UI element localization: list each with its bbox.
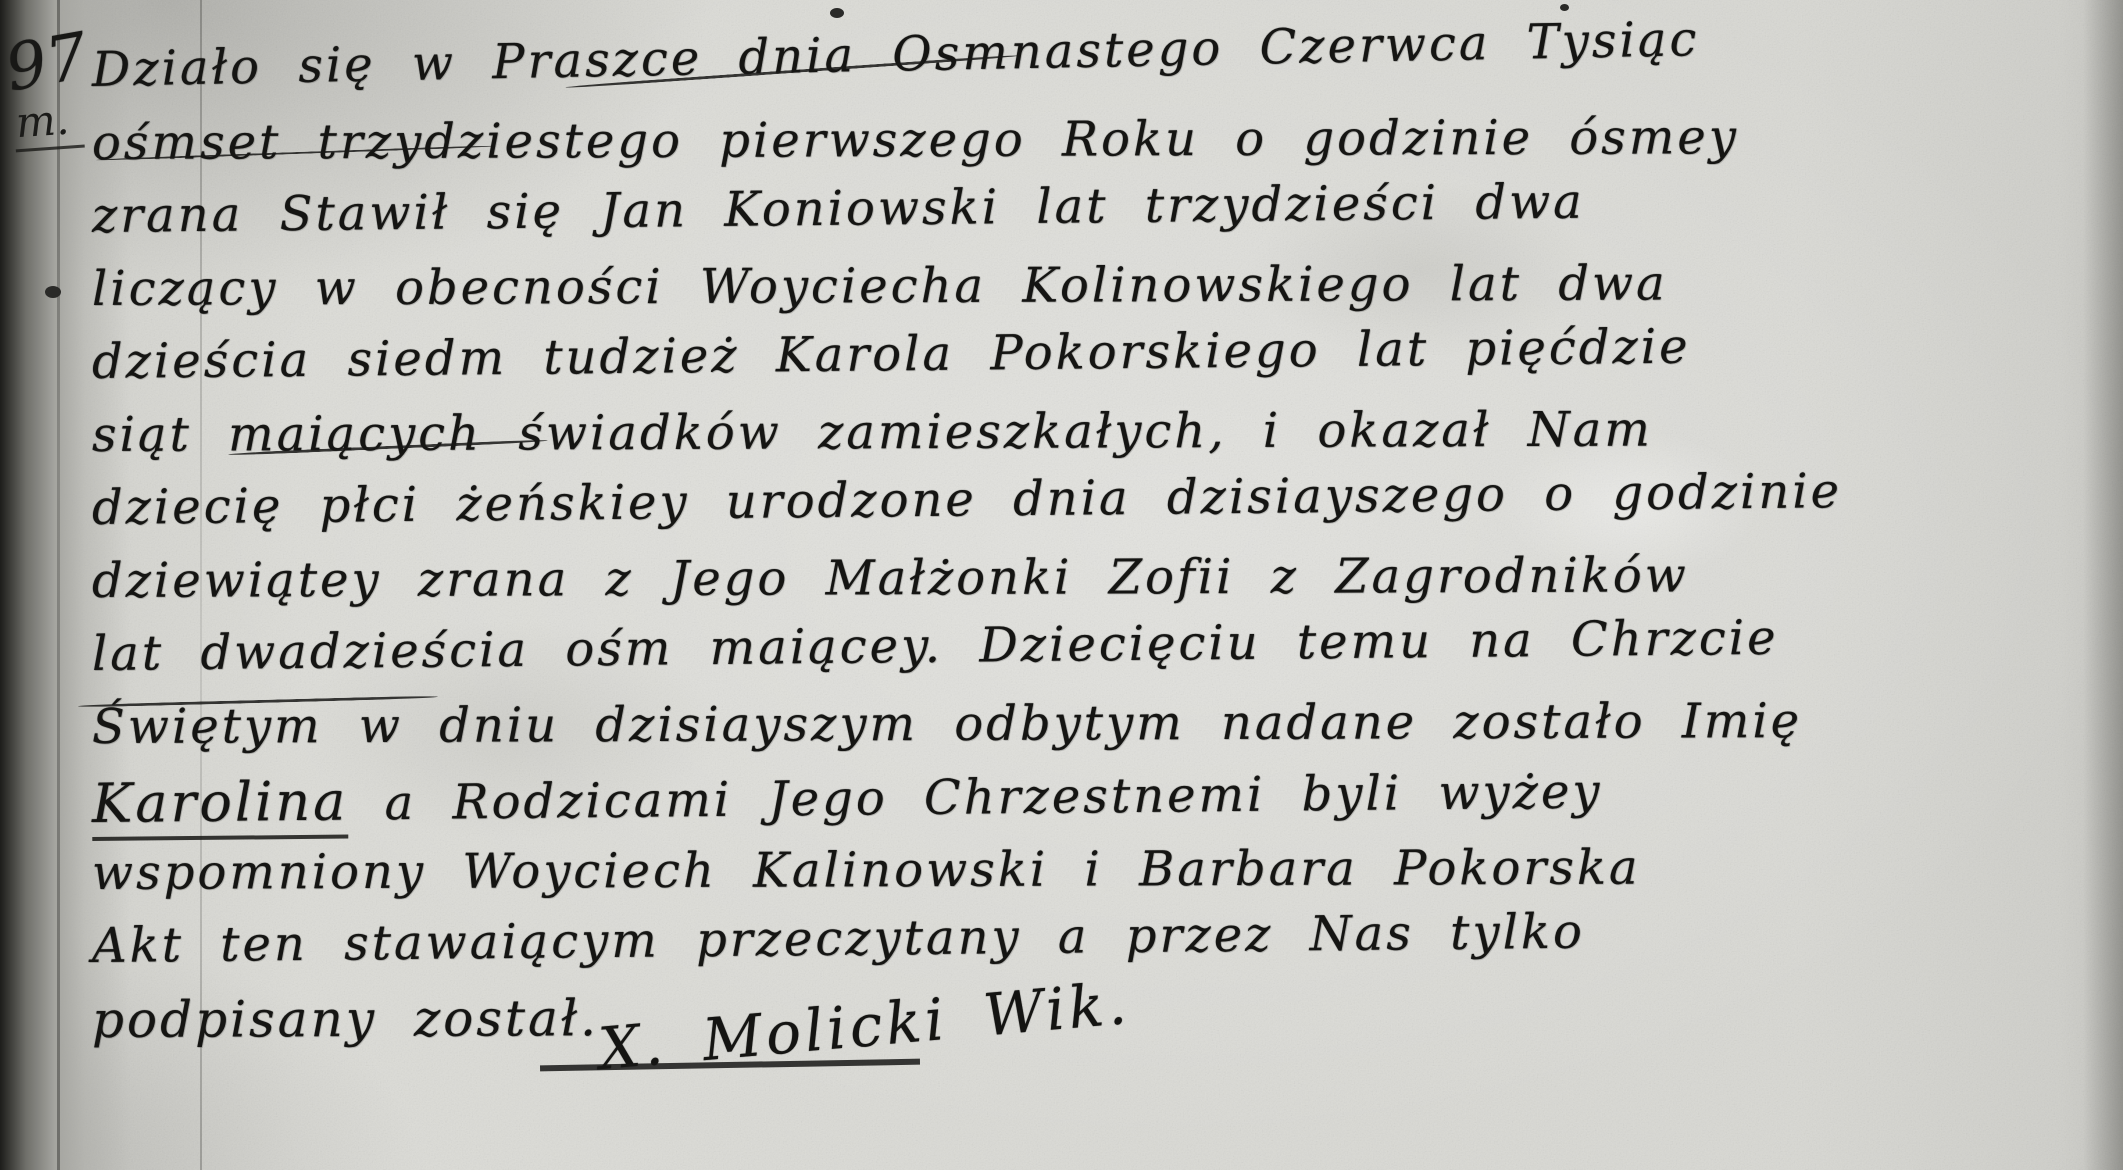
- ink-speck: [830, 8, 844, 18]
- line-text: podpisany został.: [92, 989, 599, 1049]
- child-name-underlined: Karolina: [92, 770, 349, 841]
- line-text: dziewiątey zrana z Jego Małżonki Zofii z…: [92, 547, 1689, 609]
- line-text: liczący w obecności Woyciecha Kolinowski…: [92, 255, 1668, 317]
- ink-speck: [45, 286, 61, 298]
- line-text: ośmset trzydziestego pierwszego Roku o g…: [92, 109, 1739, 171]
- line-text: Świętym w dniu dzisiayszym odbytym nadan…: [92, 693, 1802, 755]
- line-text: wspomniony Woyciech Kalinowski i Barbara…: [92, 840, 1641, 901]
- record-line: Działo się w Praszce dnia Osmnastego Cze…: [91, 3, 2109, 115]
- line-text: siąt maiących świadków zamieszkałych, i …: [92, 402, 1653, 463]
- ink-speck: [1560, 4, 1569, 11]
- record-text-block: Działo się w Praszce dnia Osmnastego Cze…: [92, 42, 2109, 1064]
- line-text: Działo się w Praszce dnia Osmnastego Cze…: [91, 11, 1699, 98]
- margin-mark: m.: [12, 94, 85, 153]
- line-text: a Rodzicami Jego Chrzestnemi byli wyżey: [348, 764, 1603, 832]
- scanned-record-page: 97 m. Działo się w Praszce dnia Osmnaste…: [0, 0, 2123, 1170]
- page-crease: [57, 0, 60, 1170]
